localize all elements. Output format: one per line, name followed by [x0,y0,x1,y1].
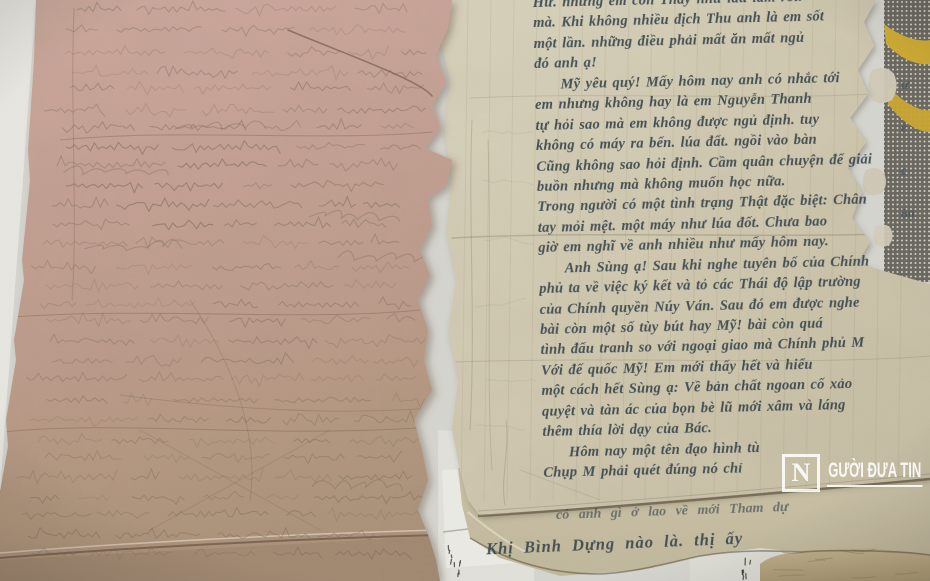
handwriting-fragment: ề [900,118,927,136]
edge-paper-fragments: ưềcồn [901,76,927,221]
handwriting-fragment: ư [900,75,927,93]
handwriting-fragment: ồn [900,204,927,222]
handwriting-fragment: c [900,161,927,179]
watermark-logo-n-icon: N [782,454,820,492]
photo-old-handwritten-letters: Hư. nhưng em còn Thấy như lâu lắm rồi. m… [0,0,930,581]
watermark-logo-text: GƯỜI ĐƯA TIN [827,459,922,487]
watermark-letter: N [792,460,811,486]
nguoi-dua-tin-watermark: N GƯỜI ĐƯA TIN [782,454,930,492]
right-page-handwriting: Hư. nhưng em còn Thấy như lâu lắm rồi. m… [533,0,880,495]
